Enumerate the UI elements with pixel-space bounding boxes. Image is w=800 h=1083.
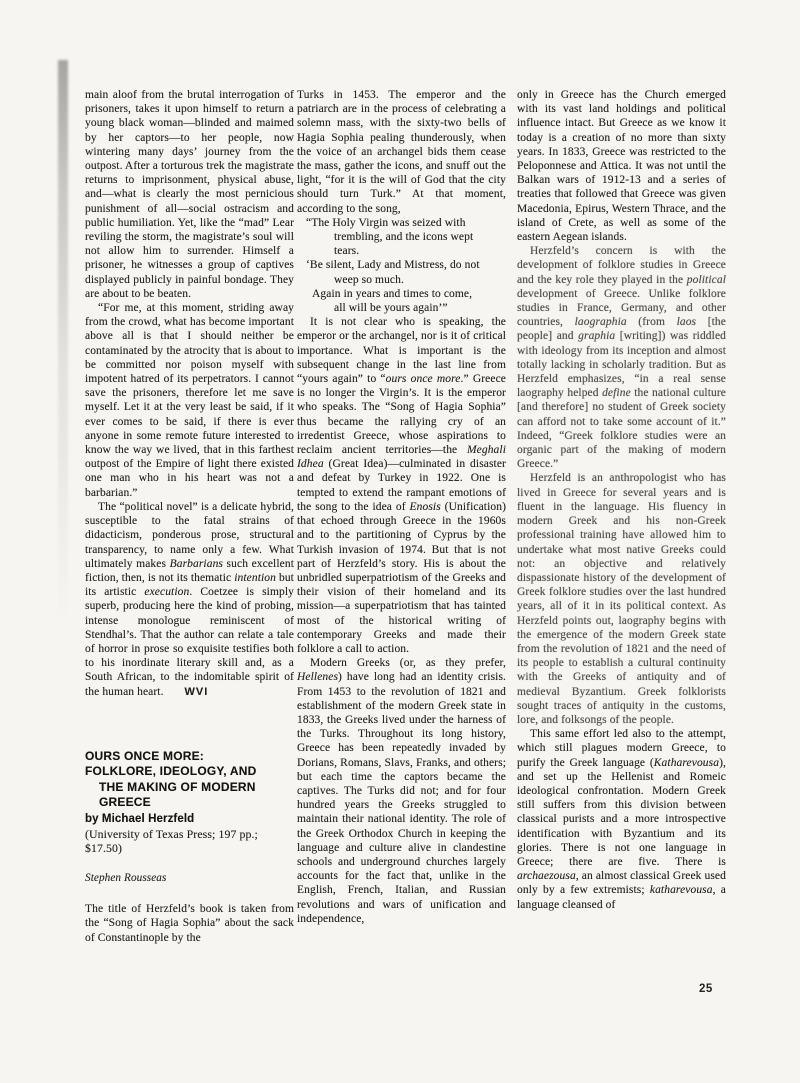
book-title-line: FOLKLORE, IDEOLOGY, AND [85,764,294,780]
paragraph: only in Greece has the Church emerged wi… [517,88,726,244]
text-column-middle: Turks in 1453. The emperor and the patri… [297,88,506,926]
paragraph: The “political novel” is a delicate hybr… [85,500,294,699]
verse-line: all will be yours again’” [297,301,506,315]
paragraph: Herzfeld is an anthropologist who has li… [517,471,726,727]
text-column-left: main aloof from the brutal interrogation… [85,88,294,945]
column-middle-text-flow: Turks in 1453. The emperor and the patri… [297,88,506,926]
paragraph: This same effort led also to the attempt… [517,727,726,912]
book-title-line: OURS ONCE MORE: [85,749,294,765]
verse-line: ‘Be silent, Lady and Mistress, do not [297,258,506,272]
book-review-heading: OURS ONCE MORE: FOLKLORE, IDEOLOGY, AND … [85,749,294,885]
column-right-text-flow: only in Greece has the Church emerged wi… [517,88,726,912]
text-column-right: only in Greece has the Church emerged wi… [517,88,726,912]
paragraph: Herzfeld’s concern is with the developme… [517,244,726,471]
reviewer-initials: WVI [167,686,209,698]
verse-line: “The Holy Virgin was seized with [297,216,506,230]
book-title-line: GREECE [85,795,294,811]
verse-line: Again in years and times to come, [297,287,506,301]
review-opening-text: The title of Herzfeld’s book is taken fr… [85,902,294,945]
paragraph: It is not clear who is speaking, the emp… [297,315,506,656]
paragraph: The title of Herzfeld’s book is taken fr… [85,902,294,945]
publication-info: (University of Texas Press; 197 pp.; $17… [85,827,294,856]
verse-line: weep so much. [297,273,506,287]
reviewer-name: Stephen Rousseas [85,871,294,885]
verse-line: trembling, and the icons wept [297,230,506,244]
column-left-text-flow: main aloof from the brutal interrogation… [85,88,294,699]
scan-binding-shadow [58,60,68,620]
page-number: 25 [699,983,713,995]
song-verse: “The Holy Virgin was seized withtremblin… [297,216,506,315]
verse-line: tears. [297,244,506,258]
paragraph: main aloof from the brutal interrogation… [85,88,294,301]
paragraph: “For me, at this moment, striding away f… [85,301,294,500]
book-author: by Michael Herzfeld [85,812,294,827]
book-title-line: THE MAKING OF MODERN [85,780,294,796]
paragraph: Modern Greeks (or, as they prefer, Helle… [297,656,506,926]
magazine-page: main aloof from the brutal interrogation… [0,0,800,1083]
paragraph: Turks in 1453. The emperor and the patri… [297,88,506,216]
